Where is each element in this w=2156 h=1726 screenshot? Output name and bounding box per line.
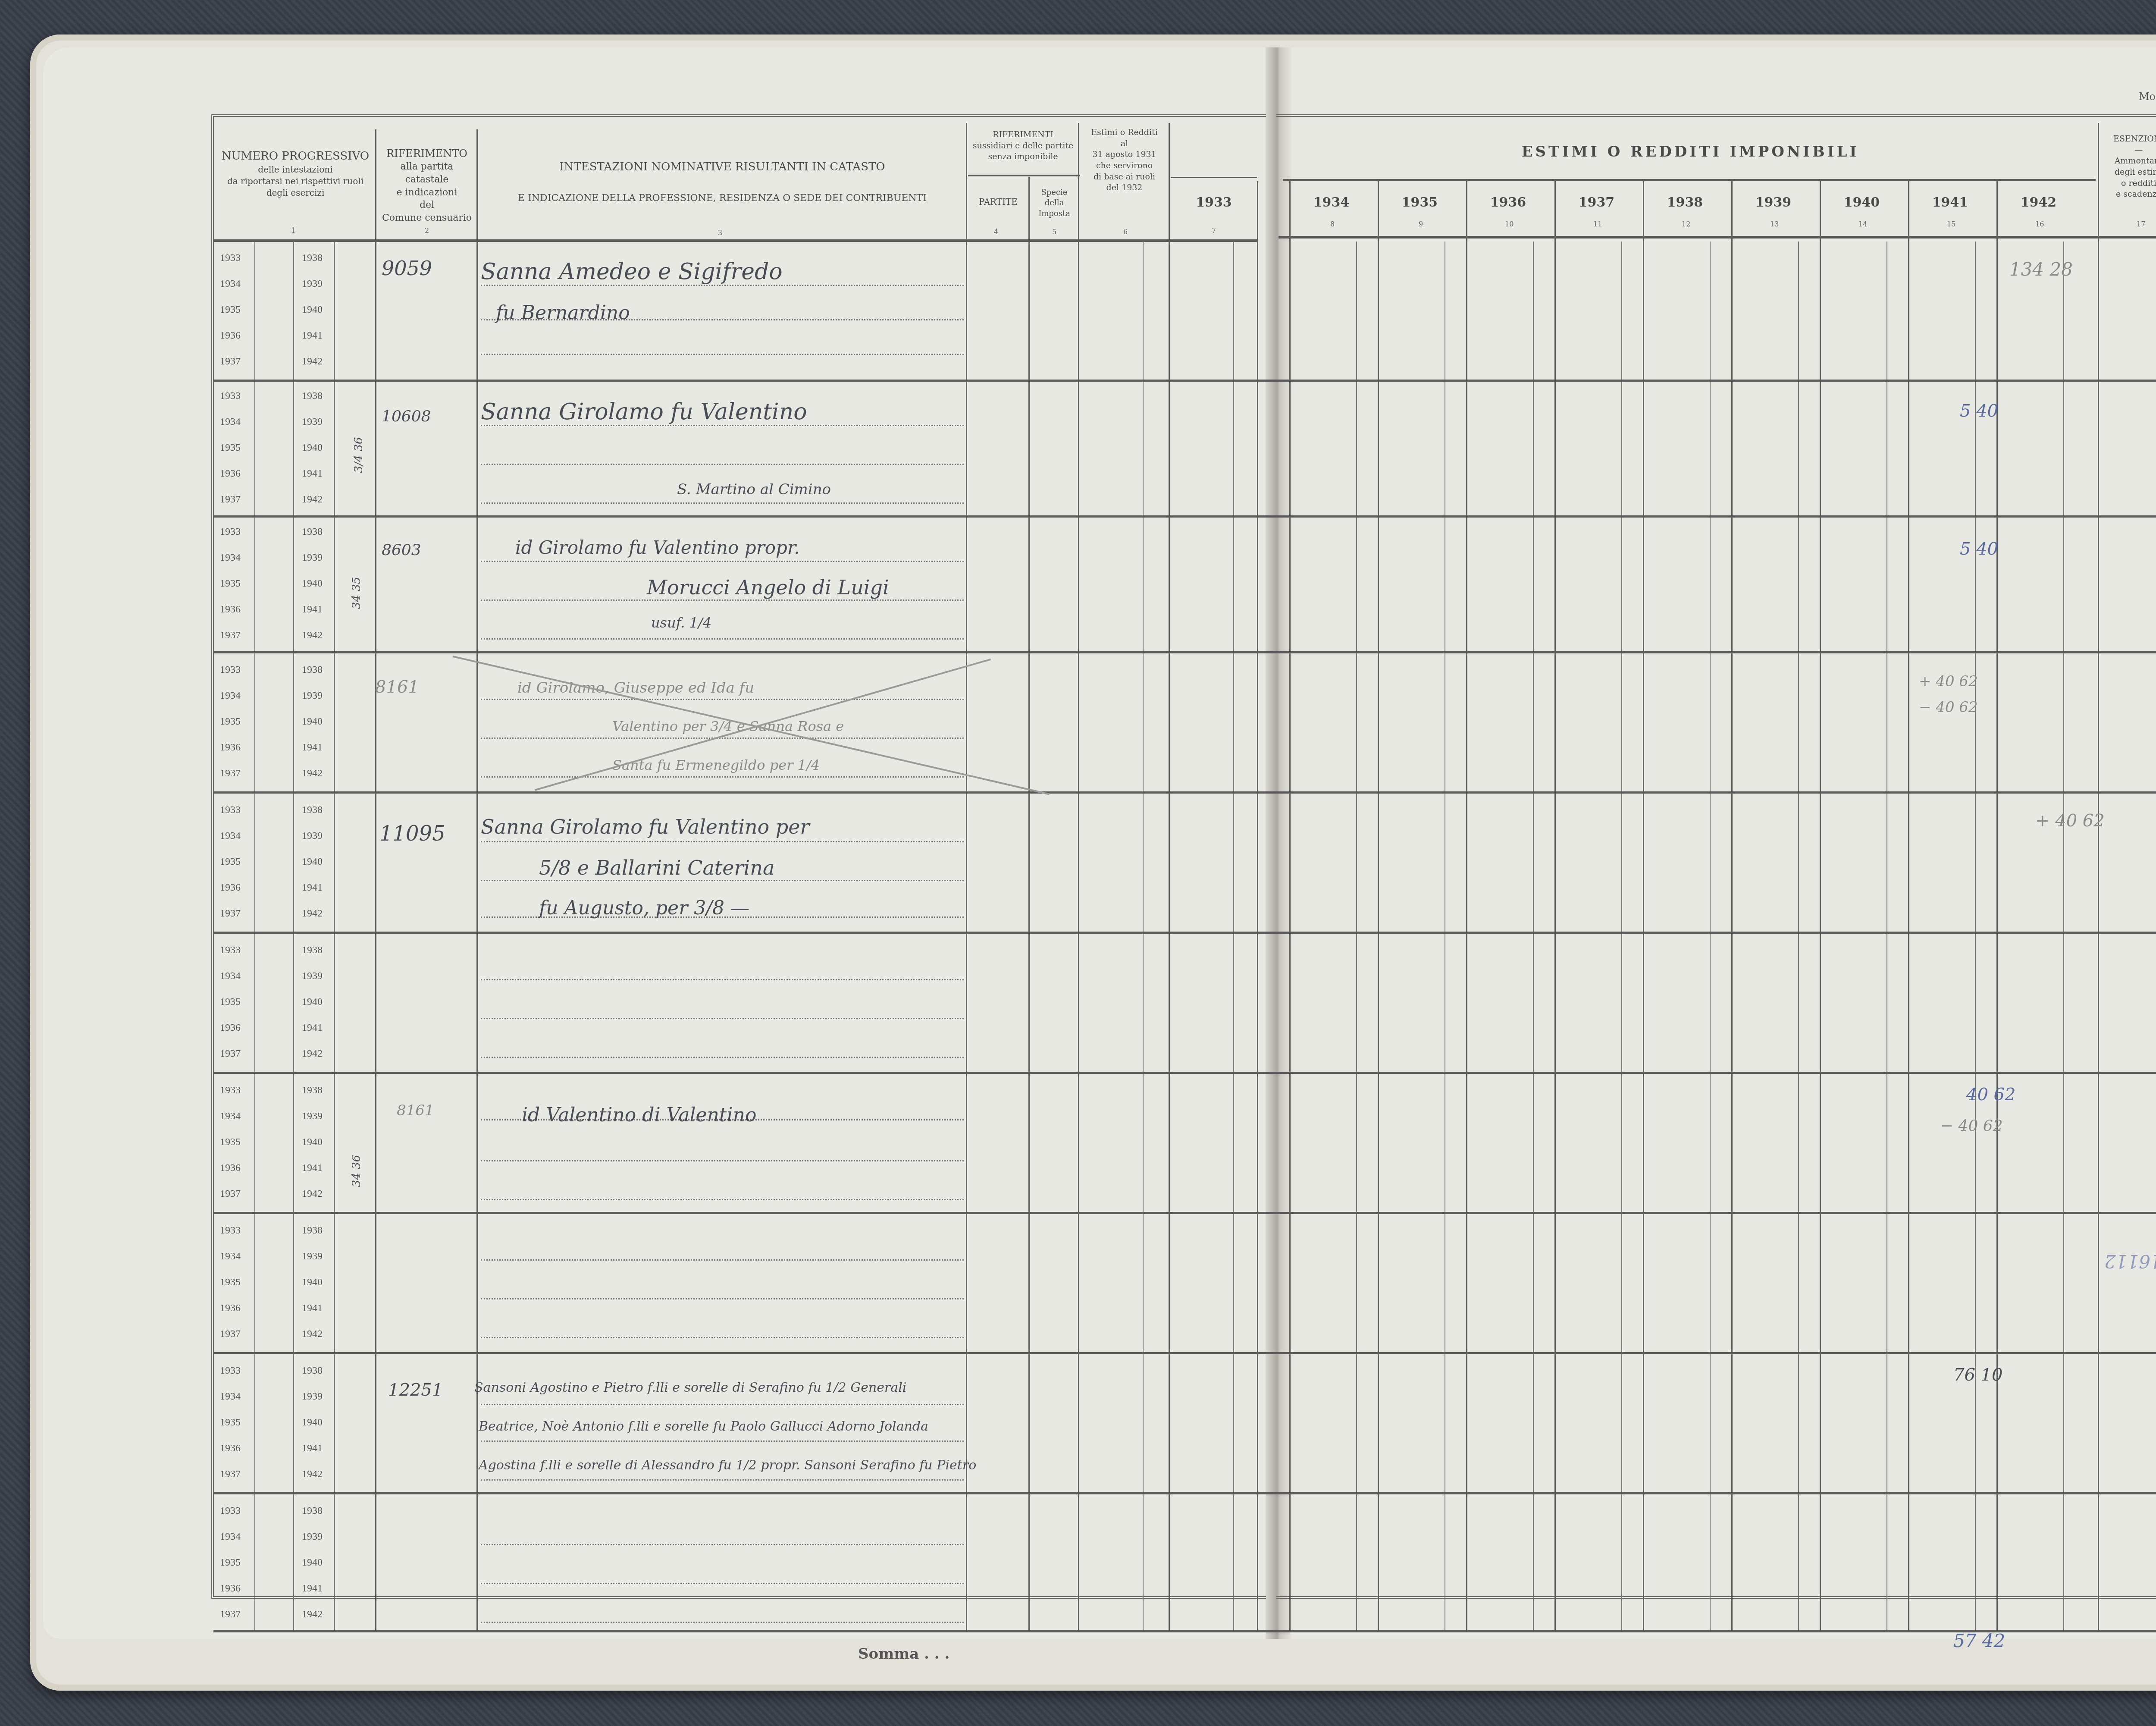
entry-name-line: fu Bernardino [496,302,630,324]
guide-line [481,502,964,504]
col-line [1975,242,1976,1630]
estimi-title: ESTIMI O REDDITI IMPONIBILI [1285,142,2096,162]
row-year: 1939 [302,552,323,564]
row-year: 1936 [220,742,241,753]
guide-line [481,841,964,842]
col-line [1289,181,1291,1630]
specie-imposta-header: Specie della Imposta [1031,188,1078,219]
row-year: 1938 [302,945,323,956]
col17-title: ESENZIONI [2100,134,2156,145]
guide-line [481,1622,964,1623]
col17-number: 17 [2137,220,2145,228]
guide-line [481,1479,964,1481]
col1-header: NUMERO PROGRESSIVO delle intestazioni da… [216,149,375,199]
row-year: 1933 [220,804,241,816]
row-rule [213,1072,2156,1074]
row-year: 1941 [302,1022,323,1034]
row-year: 1934 [220,690,241,702]
row-rule [213,380,2156,382]
year-1936-header: 1936 [1464,194,1552,212]
entry-name-line: Agostina f.lli e sorelle di Alessandro f… [479,1458,976,1473]
row-year: 1939 [302,1111,323,1122]
row-year: 1934 [220,552,241,564]
entry-name-line: id Girolamo fu Valentino propr. [515,537,800,558]
col6-title: Estimi o Redditi [1080,127,1169,138]
guide-line [481,425,964,426]
entry-value-1941: + 40 62 [1919,673,1978,690]
col-line [1078,123,1079,1632]
row-year: 1940 [302,716,323,728]
row-year: 1933 [220,1365,241,1377]
row-year: 1935 [220,1417,241,1428]
col17-line: o redditi [2100,178,2156,189]
row-year: 1938 [302,1505,323,1517]
col4-number: 4 [994,228,998,236]
year-1934-header: 1934 [1287,194,1376,212]
col15-number: 15 [1947,220,1955,228]
row-year: 1941 [302,604,323,615]
row-year: 1933 [220,664,241,676]
guide-line [481,1440,964,1442]
year-1942-header: 1942 [1994,194,2083,212]
col17-line: Ammontare [2100,156,2156,167]
guide-line [481,1583,964,1584]
col45-header: RIFERIMENTI sussidiari e delle partite s… [968,129,1078,163]
col16-number: 16 [2035,220,2044,228]
entry-name-line: Sanna Girolamo fu Valentino per [481,815,810,838]
entry-value-1941: 76 10 [1953,1365,2003,1385]
col6-line: 31 agosto 1931 [1080,149,1169,160]
row-year: 1942 [302,630,323,641]
col2-title: RIFERIMENTO [379,147,474,160]
row-year: 1937 [220,494,241,505]
col7-number: 7 [1212,226,1216,235]
col2-line: alla partita catastale [379,160,474,186]
guide-line [481,1160,964,1161]
entry-name-line: usuf. 1/4 [651,615,711,631]
row-year: 1937 [220,768,241,779]
entry-name-line: fu Augusto, per 3/8 — [539,897,749,919]
col-line [2098,123,2099,1632]
col-line [1257,181,1258,1630]
col17-line: e scadenze [2100,189,2156,200]
row-rule [213,1352,2156,1354]
row-year: 1938 [302,1225,323,1236]
col-line [375,129,376,1630]
row-year: 1939 [302,1391,323,1403]
year-1939-header: 1939 [1729,194,1818,212]
row-year: 1934 [220,830,241,842]
row-year: 1933 [220,1505,241,1517]
col3-subtitle: E INDICAZIONE DELLA PROFESSIONE, RESIDEN… [479,192,966,205]
guide-line [481,638,964,640]
row-year: 1936 [220,1302,241,1314]
entry-name-line: 5/8 e Ballarini Caterina [539,856,774,879]
row-year: 1942 [302,1609,323,1620]
row-year: 1940 [302,1277,323,1288]
entry-partita: 10608 [382,408,431,425]
row-year: 1934 [220,278,241,290]
row-year: 1940 [302,304,323,316]
row-year: 1942 [302,356,323,367]
row-rule [213,791,2156,794]
year-1941-header: 1941 [1906,194,1994,212]
row-year: 1942 [302,1328,323,1340]
row-rule [213,1212,2156,1214]
row-year: 1935 [220,442,241,454]
col-line [1710,242,1711,1630]
row-year: 1935 [220,1277,241,1288]
row-year: 1935 [220,1557,241,1569]
row-year: 1938 [302,1365,323,1377]
col-line [1533,242,1534,1630]
col2-number: 2 [425,226,429,235]
col45-line: senza imponibile [968,151,1078,163]
row-year: 1942 [302,494,323,505]
year-1935-header: 1935 [1376,194,1464,212]
row-year: 1935 [220,1136,241,1148]
col1-title: NUMERO PROGRESSIVO [216,149,375,164]
col45-line: sussidiari e delle partite [968,141,1078,152]
col2-header: RIFERIMENTO alla partita catastale e ind… [379,147,474,225]
col-line [1908,181,1909,1630]
row-year: 1939 [302,830,323,842]
entry-value-1941: 5 40 [1960,401,1998,421]
row-rule [213,1630,2156,1632]
right-table-frame [1276,114,2156,1599]
entry-name-line: Morucci Angelo di Luigi [647,576,889,599]
row-year: 1937 [220,1609,241,1620]
entry-side-note: 34 35 [350,577,363,609]
entry-partita: 8161 [375,677,419,697]
guide-line [481,1057,964,1058]
entry-side-note: 34 36 [350,1155,363,1187]
col3-number: 3 [718,229,722,237]
guide-line [481,979,964,980]
guide-line [481,599,964,601]
row-year: 1936 [220,468,241,480]
col6-header: Estimi o Redditi al 31 agosto 1931 che s… [1080,127,1169,194]
col6-line: di base ai ruoli [1080,172,1169,183]
row-year: 1938 [302,390,323,402]
col-line [1887,242,1887,1630]
entry-name-line: id Girolamo, Giuseppe ed Ida fu [517,679,754,697]
row-year: 1933 [220,526,241,538]
col7-subheader-rule [1171,177,1257,178]
col11-number: 11 [1593,220,1602,228]
row-year: 1942 [302,1188,323,1200]
col6-line: che servirono [1080,160,1169,172]
row-year: 1933 [220,945,241,956]
row-year: 1937 [220,1048,241,1060]
col-line [1445,242,1445,1630]
row-year: 1939 [302,1531,323,1543]
col45-title: RIFERIMENTI [968,129,1078,141]
col2-line: del [379,199,474,212]
row-rule [213,515,2156,518]
row-year: 1939 [302,416,323,428]
row-year: 1936 [220,882,241,894]
row-year: 1933 [220,1225,241,1236]
col14-number: 14 [1858,220,1867,228]
entry-name-line: Sanna Girolamo fu Valentino [481,399,807,425]
row-year: 1941 [302,1162,323,1174]
row-year: 1942 [302,1469,323,1480]
guide-line [481,464,964,465]
row-year: 1939 [302,970,323,982]
row-year: 1941 [302,882,323,894]
row-year: 1933 [220,390,241,402]
col-line [476,129,478,1630]
row-year: 1937 [220,356,241,367]
entry-name-line: Sansoni Agostino e Pietro f.lli e sorell… [474,1380,906,1395]
row-year: 1934 [220,1251,241,1262]
row-year: 1934 [220,1531,241,1543]
guide-line [481,699,964,700]
col-line [1798,242,1799,1630]
row-year: 1940 [302,856,323,868]
col2-line: Comune censuario [379,212,474,225]
row-year: 1934 [220,970,241,982]
row-year: 1938 [302,526,323,538]
col17-header: ESENZIONI — Ammontare degli estimi o red… [2100,134,2156,200]
entry-value-1941: 5 40 [1960,539,1998,559]
row-year: 1937 [220,630,241,641]
row-year: 1938 [302,664,323,676]
col17-dash: — [2100,145,2156,156]
total-value-1941: 57 42 [1953,1630,2005,1651]
entry-partita: 8603 [382,541,421,559]
header-bottom-rule-left [213,239,1257,242]
row-year: 1935 [220,304,241,316]
entry-name-line: Sanna Amedeo e Sigifredo [481,259,783,285]
col-line [1820,181,1821,1630]
guide-line [481,1259,964,1261]
row-year: 1937 [220,1469,241,1480]
entry-value-1941: 40 62 [1966,1085,2016,1105]
estimi-subheader-rule [1283,179,2096,181]
entry-name-line: S. Martino al Cimino [677,481,831,498]
col2-line: e indicazioni [379,186,474,199]
row-year: 1942 [302,1048,323,1060]
row-year: 1942 [302,768,323,779]
row-year: 1939 [302,690,323,702]
col-line [254,242,255,1630]
row-year: 1940 [302,1136,323,1148]
row-year: 1933 [220,252,241,264]
row-year: 1935 [220,856,241,868]
entry-name-line: Beatrice, Noè Antonio f.lli e sorelle fu… [479,1419,928,1434]
guide-line [481,354,964,355]
guide-line [481,285,964,286]
col-line [1996,181,1998,1630]
col-line [966,123,967,1632]
row-year: 1940 [302,578,323,590]
col-line [1143,242,1144,1630]
entry-partita: 12251 [388,1380,443,1400]
col1-line: degli esercizi [216,187,375,199]
entry-value-1942: + 40 62 [2035,811,2105,831]
col1-number: 1 [291,226,295,235]
row-year: 1941 [302,1302,323,1314]
entry-value-1941: − 40 62 [1940,1117,2003,1135]
row-year: 1935 [220,716,241,728]
entry-value-1942: 134 28 [2009,259,2073,280]
partite-header: PARTITE [968,196,1028,208]
col6-line: al [1080,138,1169,150]
row-year: 1941 [302,1583,323,1594]
col17-line: degli estimi [2100,167,2156,178]
col1-line: delle intestazioni [216,164,375,176]
entry-value-1941: − 40 62 [1919,699,1978,716]
header-bottom-rule-right [1279,236,2156,239]
col-line [1621,242,1622,1630]
year-1933-header: 1933 [1171,194,1257,212]
col-line [1554,181,1556,1630]
guide-line [481,1337,964,1338]
row-year: 1935 [220,578,241,590]
col13-number: 13 [1770,220,1779,228]
row-year: 1938 [302,252,323,264]
col-line [1169,123,1170,1632]
row-year: 1938 [302,804,323,816]
entry-partita: 9059 [382,257,432,280]
col1-line: da riportarsi nei rispettivi ruoli [216,176,375,187]
row-year: 1941 [302,468,323,480]
col5-number: 5 [1052,228,1056,236]
row-year: 1940 [302,996,323,1008]
riferimenti-subheader-rule [968,175,1080,176]
row-year: 1941 [302,742,323,753]
guide-line [481,1018,964,1019]
col-line [293,242,294,1630]
row-year: 1936 [220,604,241,615]
col-line [2063,242,2064,1630]
entry-partita: 8161 [397,1102,434,1119]
year-1938-header: 1938 [1641,194,1729,212]
row-year: 1934 [220,1111,241,1122]
col-line [334,242,335,1630]
col-line [1643,181,1644,1630]
row-year: 1941 [302,1443,323,1454]
col-line [1731,181,1733,1630]
col6-line: del 1932 [1080,182,1169,194]
entry-side-note: 3/4 36 [352,437,365,473]
guide-line [481,737,964,739]
entry-partita: 11095 [379,822,445,846]
row-year: 1936 [220,1443,241,1454]
col6-number: 6 [1123,228,1128,236]
form-identifier: Mod. 111 - Imposte Dirette (Intercalare)… [2139,91,2156,103]
row-year: 1940 [302,442,323,454]
entry-name-line: id Valentino di Valentino [522,1104,756,1126]
row-year: 1936 [220,1162,241,1174]
guide-line [481,776,964,778]
row-year: 1935 [220,996,241,1008]
col8-number: 8 [1330,220,1335,228]
row-year: 1937 [220,1328,241,1340]
col-line [1028,177,1030,1630]
guide-line [481,1298,964,1299]
row-year: 1939 [302,278,323,290]
col12-number: 12 [1682,220,1690,228]
row-year: 1941 [302,330,323,342]
col-line [1466,181,1467,1630]
guide-line [481,1199,964,1200]
col9-number: 9 [1419,220,1423,228]
row-year: 1936 [220,1022,241,1034]
col3-header: INTESTAZIONI NOMINATIVE RISULTANTI IN CA… [479,160,966,205]
col-line [1233,242,1234,1630]
entry-annotation: 16112 [2104,1251,2156,1272]
row-rule [213,932,2156,934]
row-year: 1937 [220,908,241,919]
year-1937-header: 1937 [1552,194,1641,212]
guide-line [481,561,964,562]
row-year: 1934 [220,416,241,428]
row-year: 1939 [302,1251,323,1262]
col-line [1356,242,1357,1630]
col3-title: INTESTAZIONI NOMINATIVE RISULTANTI IN CA… [479,160,966,175]
guide-line [481,1544,964,1545]
year-1940-header: 1940 [1818,194,1906,212]
row-year: 1936 [220,330,241,342]
row-rule [213,1492,2156,1494]
row-year: 1940 [302,1557,323,1569]
guide-line [481,880,964,881]
row-year: 1937 [220,1188,241,1200]
row-rule [213,651,2156,653]
row-year: 1936 [220,1583,241,1594]
row-year: 1938 [302,1085,323,1096]
row-year: 1933 [220,1085,241,1096]
col-line [1378,181,1379,1630]
row-year: 1940 [302,1417,323,1428]
sum-label: Somma . . . [858,1645,950,1663]
row-year: 1942 [302,908,323,919]
row-year: 1934 [220,1391,241,1403]
col10-number: 10 [1505,220,1514,228]
guide-line [481,1404,964,1405]
